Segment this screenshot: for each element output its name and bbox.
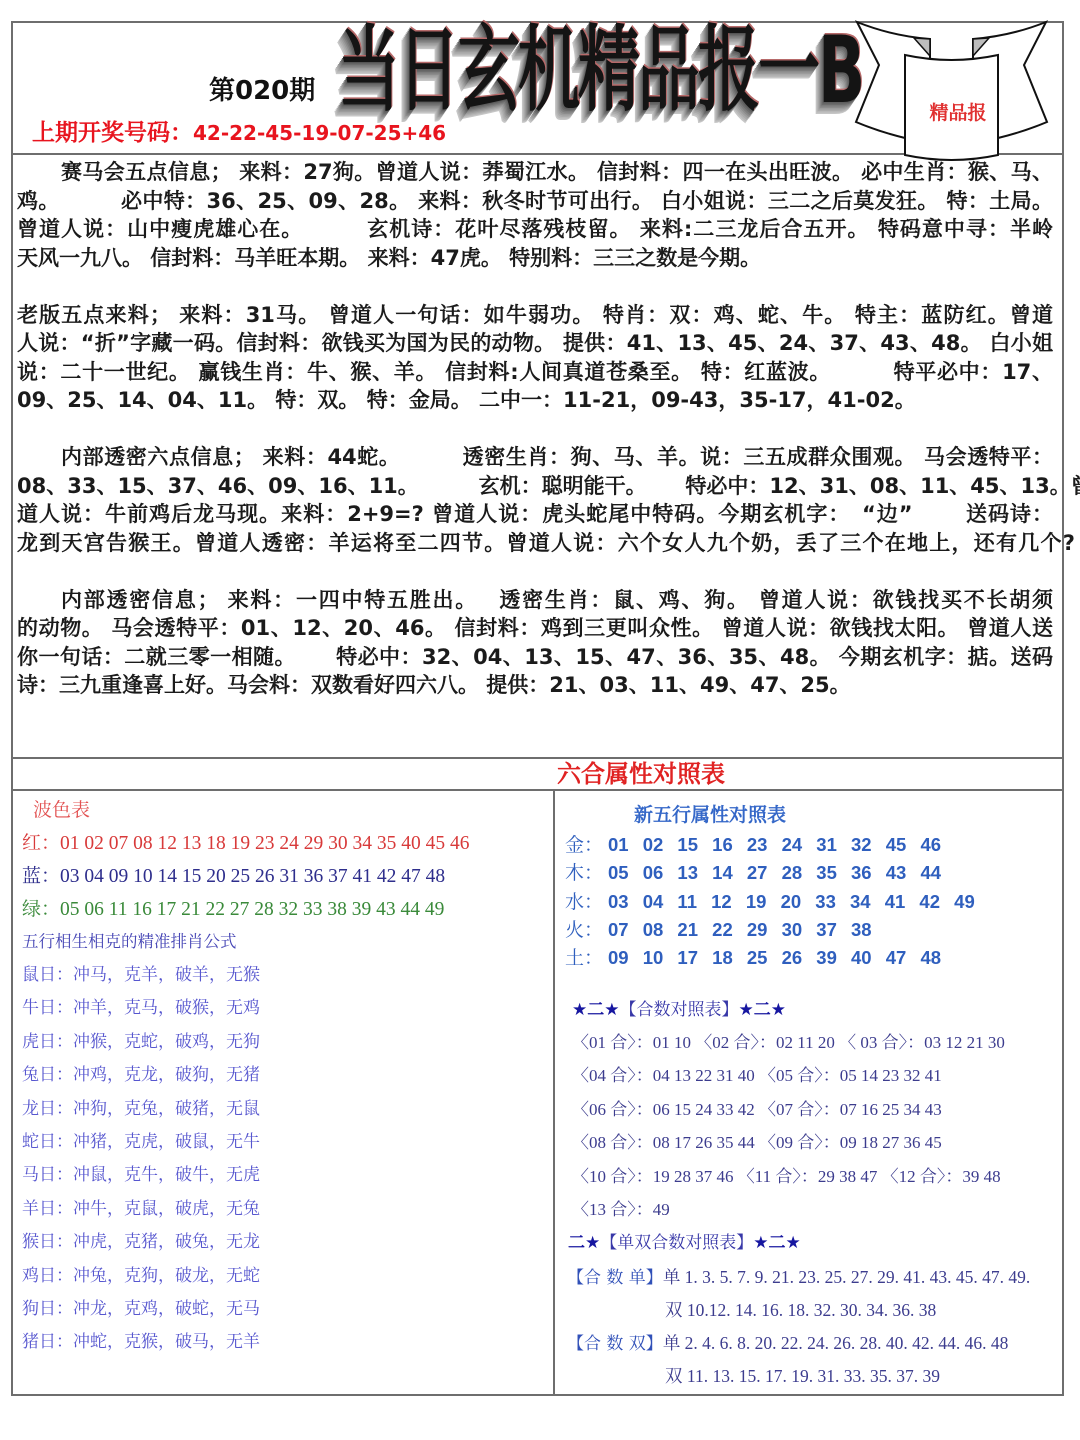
text-line: 老版五点来料； 来料：31马。 曾道人一句话：如牛弱功。 特肖：双：鸡、蛇、牛。…	[17, 301, 1053, 330]
heshu-row: 〈06 合〉：06 15 24 33 42 〈07 合〉：07 16 25 34…	[572, 1098, 1005, 1131]
paragraph-neibu: 内部透密信息； 来料：一四中特五胜出。 透密生肖：鼠、鸡、狗。 曾道人说：欲钱找…	[17, 586, 1053, 700]
heshu-row: 〈01 合〉：01 10 〈02 合〉：02 11 20 〈 03 合〉：03 …	[572, 1031, 1005, 1064]
wuxing-label: 水：	[565, 890, 608, 914]
text-line: 龙到天宫告猴王。曾道人透密：羊运将至二四节。曾道人说：六个女人九个奶，丢了三个在…	[17, 529, 1075, 558]
wuxing-numbers: 05 06 13 14 27 28 35 36 43 44	[608, 862, 941, 883]
wuxing-numbers: 09 10 17 18 25 26 39 40 47 48	[608, 947, 941, 968]
wuxing-table: 金：01 02 15 16 23 24 31 32 45 46 木：05 06 …	[565, 833, 975, 974]
heshu-table: 〈01 合〉：01 10 〈02 合〉：02 11 20 〈 03 合〉：03 …	[572, 1031, 1005, 1231]
page-title: 当日玄机精品报一B	[338, 24, 863, 117]
paragraph-neibu-liudian: 内部透密六点信息； 来料：44蛇。 透密生肖：狗、马、羊。说：三五成群众围观。 …	[17, 443, 1053, 557]
text-line: 08、33、15、37、46、09、16、11。 玄机：聪明能干。 特必中：12…	[17, 472, 1053, 501]
odd-even-heshu-title: 二★【单双合数对照表】★二★	[568, 1231, 801, 1255]
wave-label: 绿：	[22, 898, 60, 920]
heshu-title: ★二★【合数对照表】★二★	[572, 998, 786, 1022]
text-line: 赛马会五点信息； 来料：27狗。曾道人说：莽蜀江水。 信封料：四一在头出旺波。 …	[17, 158, 1053, 187]
section-title: 六合属性对照表	[557, 760, 725, 788]
text-line: 天风一九八。 信封料：马羊旺本期。 来料：47虎。 特别料：三三之数是今期。	[17, 244, 1053, 273]
list-item: 蛇日：冲猪，克虎，破鼠，无牛	[22, 1130, 260, 1163]
wuxing-row-wood: 木：05 06 13 14 27 28 35 36 43 44	[565, 861, 975, 889]
wave-numbers: 01 02 07 08 12 13 18 19 23 24 29 30 34 3…	[60, 833, 470, 854]
ribbon-badge-text: 精品报	[928, 101, 988, 125]
issue-number: 第020期	[209, 73, 315, 109]
heshu-row: 〈08 合〉：08 17 26 35 44 〈09 合〉：09 18 27 36…	[572, 1131, 1005, 1164]
wuxing-title: 新五行属性对照表	[634, 803, 786, 827]
odd-even-title-text: 【单双合数对照表】	[600, 1233, 753, 1253]
last-draw-label: 上期开奖号码：	[32, 120, 193, 146]
text-line: 鸡。 必中特：36、25、09、28。 来料：秋冬时节可出行。 白小姐说：三二之…	[17, 187, 1053, 216]
group-label: 【合 数 双】	[567, 1334, 663, 1354]
heshu-row: 〈10 合〉：19 28 37 46 〈11 合〉：29 38 47 〈12 合…	[572, 1165, 1005, 1198]
wuxing-label: 金：	[565, 833, 608, 857]
star-decoration-icon: 二★	[568, 1233, 600, 1253]
list-item: 虎日：冲猴，克蛇，破鸡，无狗	[22, 1030, 260, 1063]
list-item: 马日：冲鼠，克牛，破牛，无虎	[22, 1163, 260, 1196]
wave-numbers: 03 04 09 10 14 15 20 25 26 31 36 37 41 4…	[60, 866, 445, 887]
star-decoration-icon: ★二★	[572, 1000, 619, 1020]
content-divider	[11, 757, 1064, 759]
text-line: 诗：三九重逢喜上好。马会料：双数看好四六八。 提供：21、03、11、49、47…	[17, 671, 1053, 700]
text-line: 内部透密信息； 来料：一四中特五胜出。 透密生肖：鼠、鸡、狗。 曾道人说：欲钱找…	[17, 586, 1053, 615]
list-item: 羊日：冲牛，克鼠，破虎，无兔	[22, 1197, 260, 1230]
ribbon-banner-icon	[850, 18, 1056, 168]
list-item: 牛日：冲羊，克马，破猴，无鸡	[22, 996, 260, 1029]
wuxing-row-metal: 金：01 02 15 16 23 24 31 32 45 46	[565, 833, 975, 861]
text-line: 内部透密六点信息； 来料：44蛇。 透密生肖：狗、马、羊。说：三五成群众围观。 …	[17, 443, 1053, 472]
last-draw: 上期开奖号码：42-22-45-19-07-25+46	[32, 119, 446, 149]
wave-label: 蓝：	[22, 865, 60, 887]
wuxing-numbers: 03 04 11 12 19 20 33 34 41 42 49	[608, 891, 975, 912]
list-item: 猪日：冲蛇，克猴，破马，无羊	[22, 1330, 260, 1363]
zodiac-formula-list: 鼠日：冲马，克羊，破羊，无猴 牛日：冲羊，克马，破猴，无鸡 虎日：冲猴，克蛇，破…	[22, 963, 260, 1364]
wave-row-red: 红：01 02 07 08 12 13 18 19 23 24 29 30 34…	[22, 831, 470, 864]
section-title-divider	[11, 789, 1064, 791]
wuxing-label: 土：	[565, 946, 608, 970]
wuxing-numbers: 07 08 21 22 29 30 37 38	[608, 919, 872, 940]
wave-row-blue: 蓝：03 04 09 10 14 15 20 25 26 31 36 37 41…	[22, 864, 470, 897]
column-divider	[553, 789, 555, 1396]
heshu-row: 〈13 合〉：49	[572, 1198, 1005, 1231]
list-item: 兔日：冲鸡，克龙，破狗，无猪	[22, 1063, 260, 1096]
text-line: 你一句话：二就三零一相随。 特必中：32、04、13、15、47、36、35、4…	[17, 643, 1053, 672]
text-line: 09、25、14、04、11。 特：双。 特：金局。 二中一：11-21，09-…	[17, 386, 1053, 415]
info-content: 赛马会五点信息； 来料：27狗。曾道人说：莽蜀江水。 信封料：四一在头出旺波。 …	[17, 158, 1053, 728]
wuxing-numbers: 01 02 15 16 23 24 31 32 45 46	[608, 834, 941, 855]
wuxing-row-water: 水：03 04 11 12 19 20 33 34 41 42 49	[565, 890, 975, 918]
even-numbers: 双 10.12. 14. 16. 18. 32. 30. 34. 36. 38	[665, 1300, 936, 1320]
wave-color-table: 红：01 02 07 08 12 13 18 19 23 24 29 30 34…	[22, 831, 470, 930]
heshu-odd-group: 【合 数 单】单 1. 3. 5. 7. 9. 21. 23. 25. 27. …	[567, 1265, 1030, 1298]
list-item: 猴日：冲虎，克猪，破兔，无龙	[22, 1230, 260, 1263]
list-item: 鼠日：冲马，克羊，破羊，无猴	[22, 963, 260, 996]
heshu-title-text: 【合数对照表】	[619, 1000, 738, 1020]
wuxing-label: 木：	[565, 861, 608, 885]
odd-numbers: 单 1. 3. 5. 7. 9. 21. 23. 25. 27. 29. 41.…	[663, 1267, 1031, 1287]
last-draw-numbers: 42-22-45-19-07-25+46	[193, 121, 446, 145]
heshu-even-group-even: 双 11. 13. 15. 17. 19. 31. 33. 35. 37. 39	[567, 1364, 1030, 1397]
star-decoration-icon: ★二★	[738, 1000, 785, 1020]
heshu-even-group: 【合 数 双】单 2. 4. 6. 8. 20. 22. 24. 26. 28.…	[567, 1331, 1030, 1364]
text-line: 的动物。 马会透特平：01、12、20、46。 信封料：鸡到三更叫众性。 曾道人…	[17, 614, 1053, 643]
wuxing-row-fire: 火：07 08 21 22 29 30 37 38	[565, 918, 975, 946]
wave-label: 红：	[22, 832, 60, 854]
wuxing-label: 火：	[565, 918, 608, 942]
zodiac-formula-title: 五行相生相克的精准排肖公式	[22, 930, 237, 954]
paragraph-saimahui: 赛马会五点信息； 来料：27狗。曾道人说：莽蜀江水。 信封料：四一在头出旺波。 …	[17, 158, 1053, 272]
heshu-row: 〈04 合〉：04 13 22 31 40 〈05 合〉：05 14 23 32…	[572, 1064, 1005, 1097]
paragraph-laoban: 老版五点来料； 来料：31马。 曾道人一句话：如牛弱功。 特肖：双：鸡、蛇、牛。…	[17, 301, 1053, 415]
wuxing-row-earth: 土：09 10 17 18 25 26 39 40 47 48	[565, 946, 975, 974]
list-item: 鸡日：冲兔，克狗，破龙，无蛇	[22, 1264, 260, 1297]
text-line: 人说：“折”字藏一码。信封料：欲钱买为国为民的动物。 提供：41、13、45、2…	[17, 329, 1053, 358]
odd-numbers: 单 2. 4. 6. 8. 20. 22. 24. 26. 28. 40. 42…	[663, 1333, 1009, 1353]
text-line: 道人说：牛前鸡后龙马现。来料：2+9=? 曾道人说：虎头蛇尾中特码。今期玄机字：…	[17, 500, 1053, 529]
text-line: 曾道人说：山中瘦虎雄心在。 玄机诗：花叶尽落残枝留。 来料:二三龙后合五开。 特…	[17, 215, 1053, 244]
group-label: 【合 数 单】	[567, 1268, 663, 1288]
text-line: 说：二十一世纪。 赢钱生肖：牛、猴、羊。 信封料:人间真道苍桑至。 特：红蓝波。…	[17, 358, 1053, 387]
wave-color-title: 波色表	[33, 798, 90, 822]
list-item: 龙日：冲狗，克兔，破猪，无鼠	[22, 1097, 260, 1130]
even-numbers: 双 11. 13. 15. 17. 19. 31. 33. 35. 37. 39	[665, 1366, 940, 1386]
wave-row-green: 绿：05 06 11 16 17 21 22 27 28 32 33 38 39…	[22, 897, 470, 930]
heshu-odd-group-even: 双 10.12. 14. 16. 18. 32. 30. 34. 36. 38	[567, 1298, 1030, 1331]
list-item: 狗日：冲龙，克鸡，破蛇，无马	[22, 1297, 260, 1330]
star-decoration-icon: ★二★	[753, 1233, 800, 1253]
odd-even-heshu-table: 【合 数 单】单 1. 3. 5. 7. 9. 21. 23. 25. 27. …	[567, 1265, 1030, 1397]
wave-numbers: 05 06 11 16 17 21 22 27 28 32 33 38 39 4…	[60, 899, 444, 920]
